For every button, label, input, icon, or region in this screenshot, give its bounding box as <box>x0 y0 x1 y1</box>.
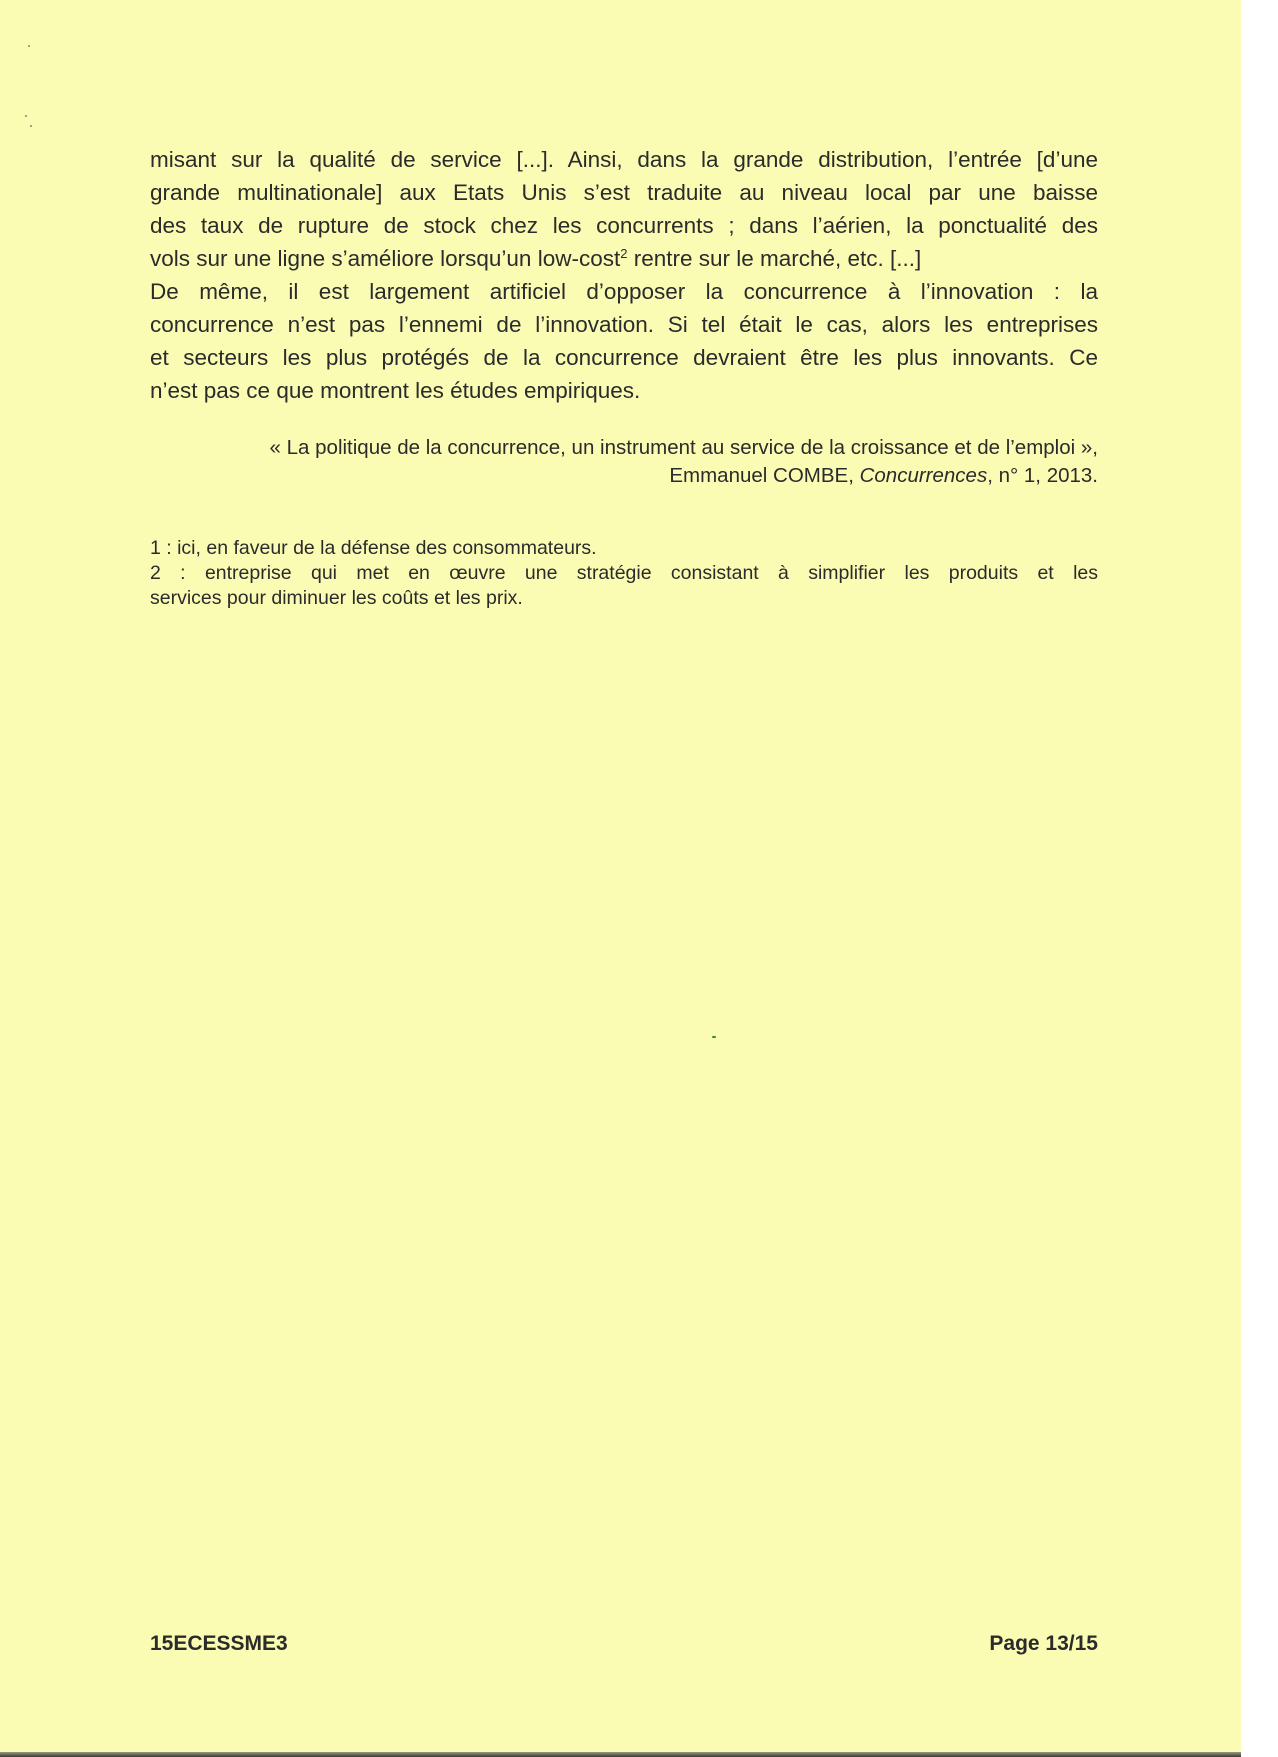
scan-speck <box>28 45 30 47</box>
citation-journal: Concurrences <box>860 464 988 487</box>
citation-author-line: Emmanuel COMBE, Concurrences, n° 1, 2013… <box>150 462 1098 490</box>
text-line: et secteurs les plus protégés de la conc… <box>150 341 1098 374</box>
page-number: Page 13/15 <box>968 1632 1098 1656</box>
footnote-2-line1: 2 : entreprise qui met en œuvre une stra… <box>150 561 1098 586</box>
document-page: misant sur la qualité de service [...]. … <box>0 0 1241 1752</box>
text-line: concurrence n’est pas l’ennemi de l’inno… <box>150 308 1098 341</box>
text-line: De même, il est largement artificiel d’o… <box>150 275 1098 308</box>
scan-edge <box>0 1752 1241 1757</box>
scan-speck <box>25 115 27 117</box>
exam-code: 15ECESSME3 <box>150 1632 288 1656</box>
footnote-1: 1 : ici, en faveur de la défense des con… <box>150 536 1098 561</box>
text-line: grande multinationale] aux Etats Unis s’… <box>150 176 1098 209</box>
scan-speck <box>712 1036 716 1038</box>
scan-speck <box>30 125 32 127</box>
text-line: misant sur la qualité de service [...]. … <box>150 143 1098 176</box>
citation-title: « La politique de la concurrence, un ins… <box>150 434 1098 462</box>
footnote-2-line2: services pour diminuer les coûts et les … <box>150 586 1098 611</box>
text-line: des taux de rupture de stock chez les co… <box>150 209 1098 242</box>
text-line: vols sur une ligne s’améliore lorsqu’un … <box>150 242 1098 275</box>
source-citation: « La politique de la concurrence, un ins… <box>150 434 1098 490</box>
text-line: n’est pas ce que montrent les études emp… <box>150 374 1098 407</box>
footnotes: 1 : ici, en faveur de la défense des con… <box>150 536 1098 611</box>
article-excerpt: misant sur la qualité de service [...]. … <box>150 143 1098 407</box>
